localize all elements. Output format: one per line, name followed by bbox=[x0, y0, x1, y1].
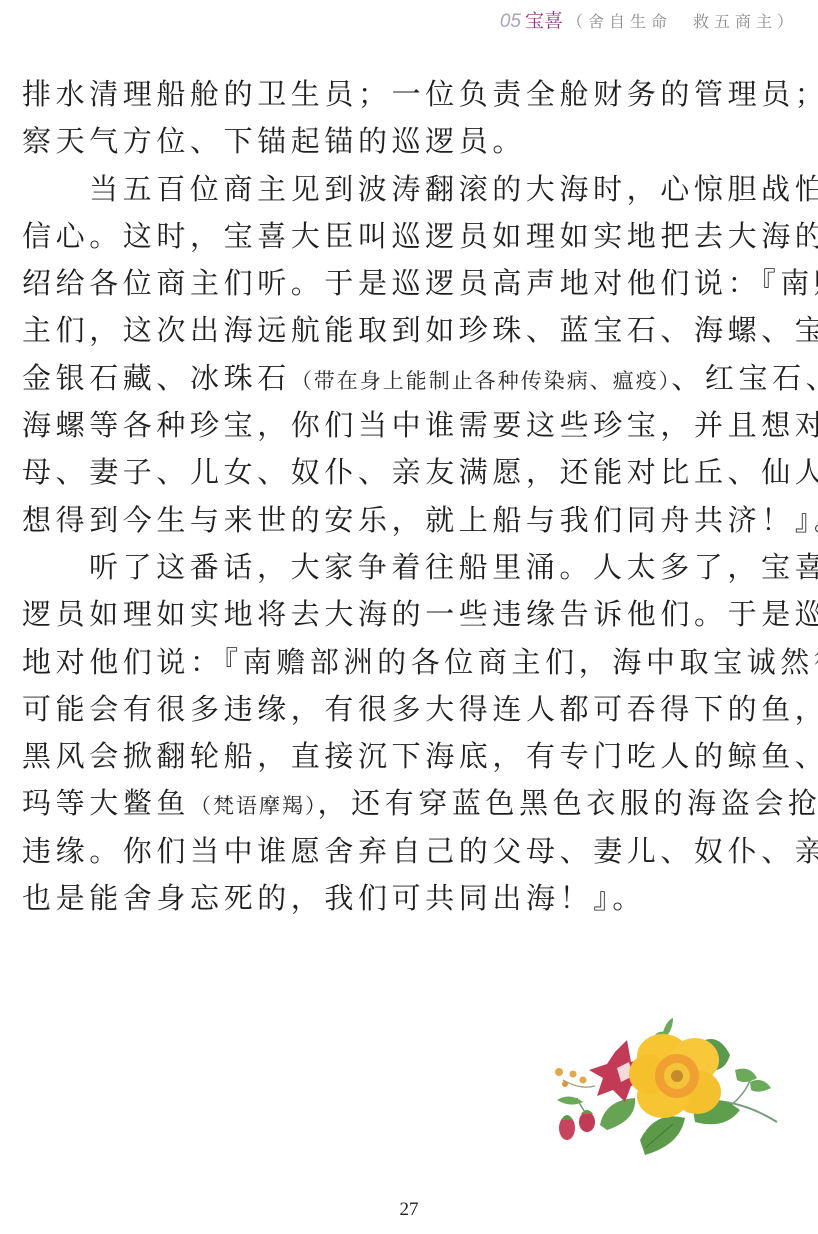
inline-note: （梵语摩羯） bbox=[190, 794, 318, 818]
paragraph-start-line: 听了这番话，大家争着往船里涌。人太多了，宝喜大臣又叫巡 bbox=[22, 544, 812, 591]
flower-bouquet-icon bbox=[545, 1010, 790, 1160]
text-line: 排水清理船舱的卫生员；一位负责全舱财务的管理员；一位负责观 bbox=[22, 71, 812, 118]
text-line: 想得到今生与来世的安乐，就上船与我们同舟共济！』。 bbox=[22, 497, 812, 544]
text-line: 逻员如理如实地将去大海的一些违缘告诉他们。于是巡逻员又高声 bbox=[22, 591, 812, 638]
body-text: 排水清理船舱的卫生员；一位负责全舱财务的管理员；一位负责观 察天气方位、下锚起锚… bbox=[22, 71, 812, 922]
text-segment: 、红宝石、右旋 bbox=[671, 361, 818, 395]
text-line-with-note: 金银石藏、冰珠石（带在身上能制止各种传染病、瘟疫）、红宝石、右旋 bbox=[22, 355, 812, 402]
text-segment: 玛等大鳖鱼 bbox=[22, 786, 190, 820]
text-line: 主们，这次出海远航能取到如珍珠、蓝宝石、海螺、宝石、珊瑚、 bbox=[22, 307, 812, 354]
text-line: 可能会有很多违缘，有很多大得连人都可吞得下的鱼，又有可怕的 bbox=[22, 686, 812, 733]
text-line: 黑风会掀翻轮船，直接沉下海底，有专门吃人的鲸鱼、嘎巴和西西 bbox=[22, 733, 812, 780]
page-number: 27 bbox=[0, 1199, 818, 1221]
text-line: 也是能舍身忘死的，我们可共同出海！』。 bbox=[22, 875, 812, 922]
text-line: 察天气方位、下锚起锚的巡逻员。 bbox=[22, 118, 812, 165]
text-line: 绍给各位商主们听。于是巡逻员高声地对他们说：『南赡部洲的商 bbox=[22, 260, 812, 307]
text-line-with-note: 玛等大鳖鱼（梵语摩羯），还有穿蓝色黑色衣服的海盗会抢走财产等 bbox=[22, 780, 812, 827]
text-line: 违缘。你们当中谁愿舍弃自己的父母、妻儿、奴仆、亲友的，自己 bbox=[22, 828, 812, 875]
chapter-number: 05 bbox=[500, 11, 521, 32]
text-line: 信心。这时，宝喜大臣叫巡逻员如理如实地把去大海的利益功德介 bbox=[22, 213, 812, 260]
text-line: 海螺等各种珍宝，你们当中谁需要这些珍宝，并且想对自己的父 bbox=[22, 402, 812, 449]
text-segment: ，还有穿蓝色黑色衣服的海盗会抢走财产等 bbox=[318, 786, 818, 820]
chapter-title: 宝喜 bbox=[525, 10, 563, 32]
text-segment: 金银石藏、冰珠石 bbox=[22, 361, 291, 395]
running-header: 05宝喜（舍自生命 救五商主） bbox=[500, 8, 798, 35]
paragraph-start-line: 当五百位商主见到波涛翻滚的大海时，心惊胆战怕得都退失了 bbox=[22, 166, 812, 213]
chapter-subtitle: （舍自生命 救五商主） bbox=[567, 12, 798, 31]
text-line: 母、妻子、儿女、奴仆、亲友满愿，还能对比丘、仙人等做供养， bbox=[22, 449, 812, 496]
text-line: 地对他们说：『南赡部洲的各位商主们，海中取宝诚然很殊胜，但 bbox=[22, 639, 812, 686]
inline-note: （带在身上能制止各种传染病、瘟疫） bbox=[291, 369, 672, 393]
